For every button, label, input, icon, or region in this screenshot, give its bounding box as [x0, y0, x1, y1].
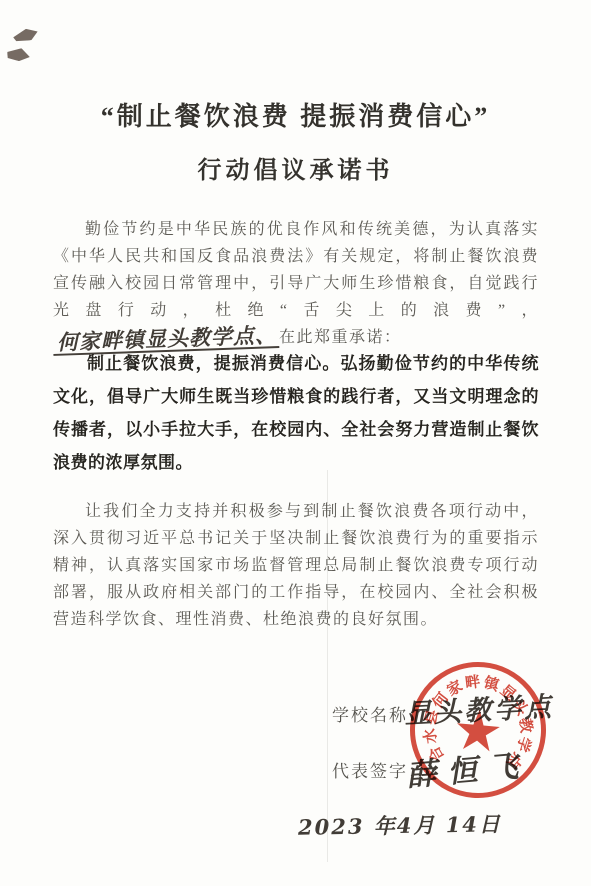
scanned-document-page: “制止餐饮浪费 提振消费信心” 行动倡议承诺书 勤俭节约是中华民族的优良作风和传…	[0, 0, 591, 886]
paragraph-intro: 勤俭节约是中华民族的优良作风和传统美德，为认真落实《中华人民共和国反食品浪费法》…	[53, 216, 539, 352]
scan-artifact-mark	[6, 47, 30, 62]
paragraph-intro-text-2: 在此郑重承诺：	[279, 329, 402, 346]
paragraph-intro-text-1: 勤俭节约是中华民族的优良作风和传统美德，为认真落实《中华人民共和国反食品浪费法》…	[53, 221, 539, 319]
paragraph-action: 让我们全力支持并积极参与到制止餐饮浪费各项行动中，深入贯彻习近平总书记关于坚决制…	[53, 498, 539, 633]
page-crease-line	[327, 470, 328, 862]
handwritten-date: 2023 年4月 14日	[298, 808, 502, 842]
document-title: “制止餐饮浪费 提振消费信心”	[0, 96, 591, 133]
official-seal: 合水县何家畔镇显头教学点 ★	[404, 656, 551, 803]
seal-star-icon: ★	[404, 656, 551, 803]
paragraph-pledge: 制止餐饮浪费，提振消费信心。弘扬勤俭节约的中华传统文化，倡导广大师生既当珍惜粮食…	[53, 348, 539, 480]
scan-artifact-mark	[12, 27, 38, 42]
document-subtitle: 行动倡议承诺书	[0, 150, 591, 185]
